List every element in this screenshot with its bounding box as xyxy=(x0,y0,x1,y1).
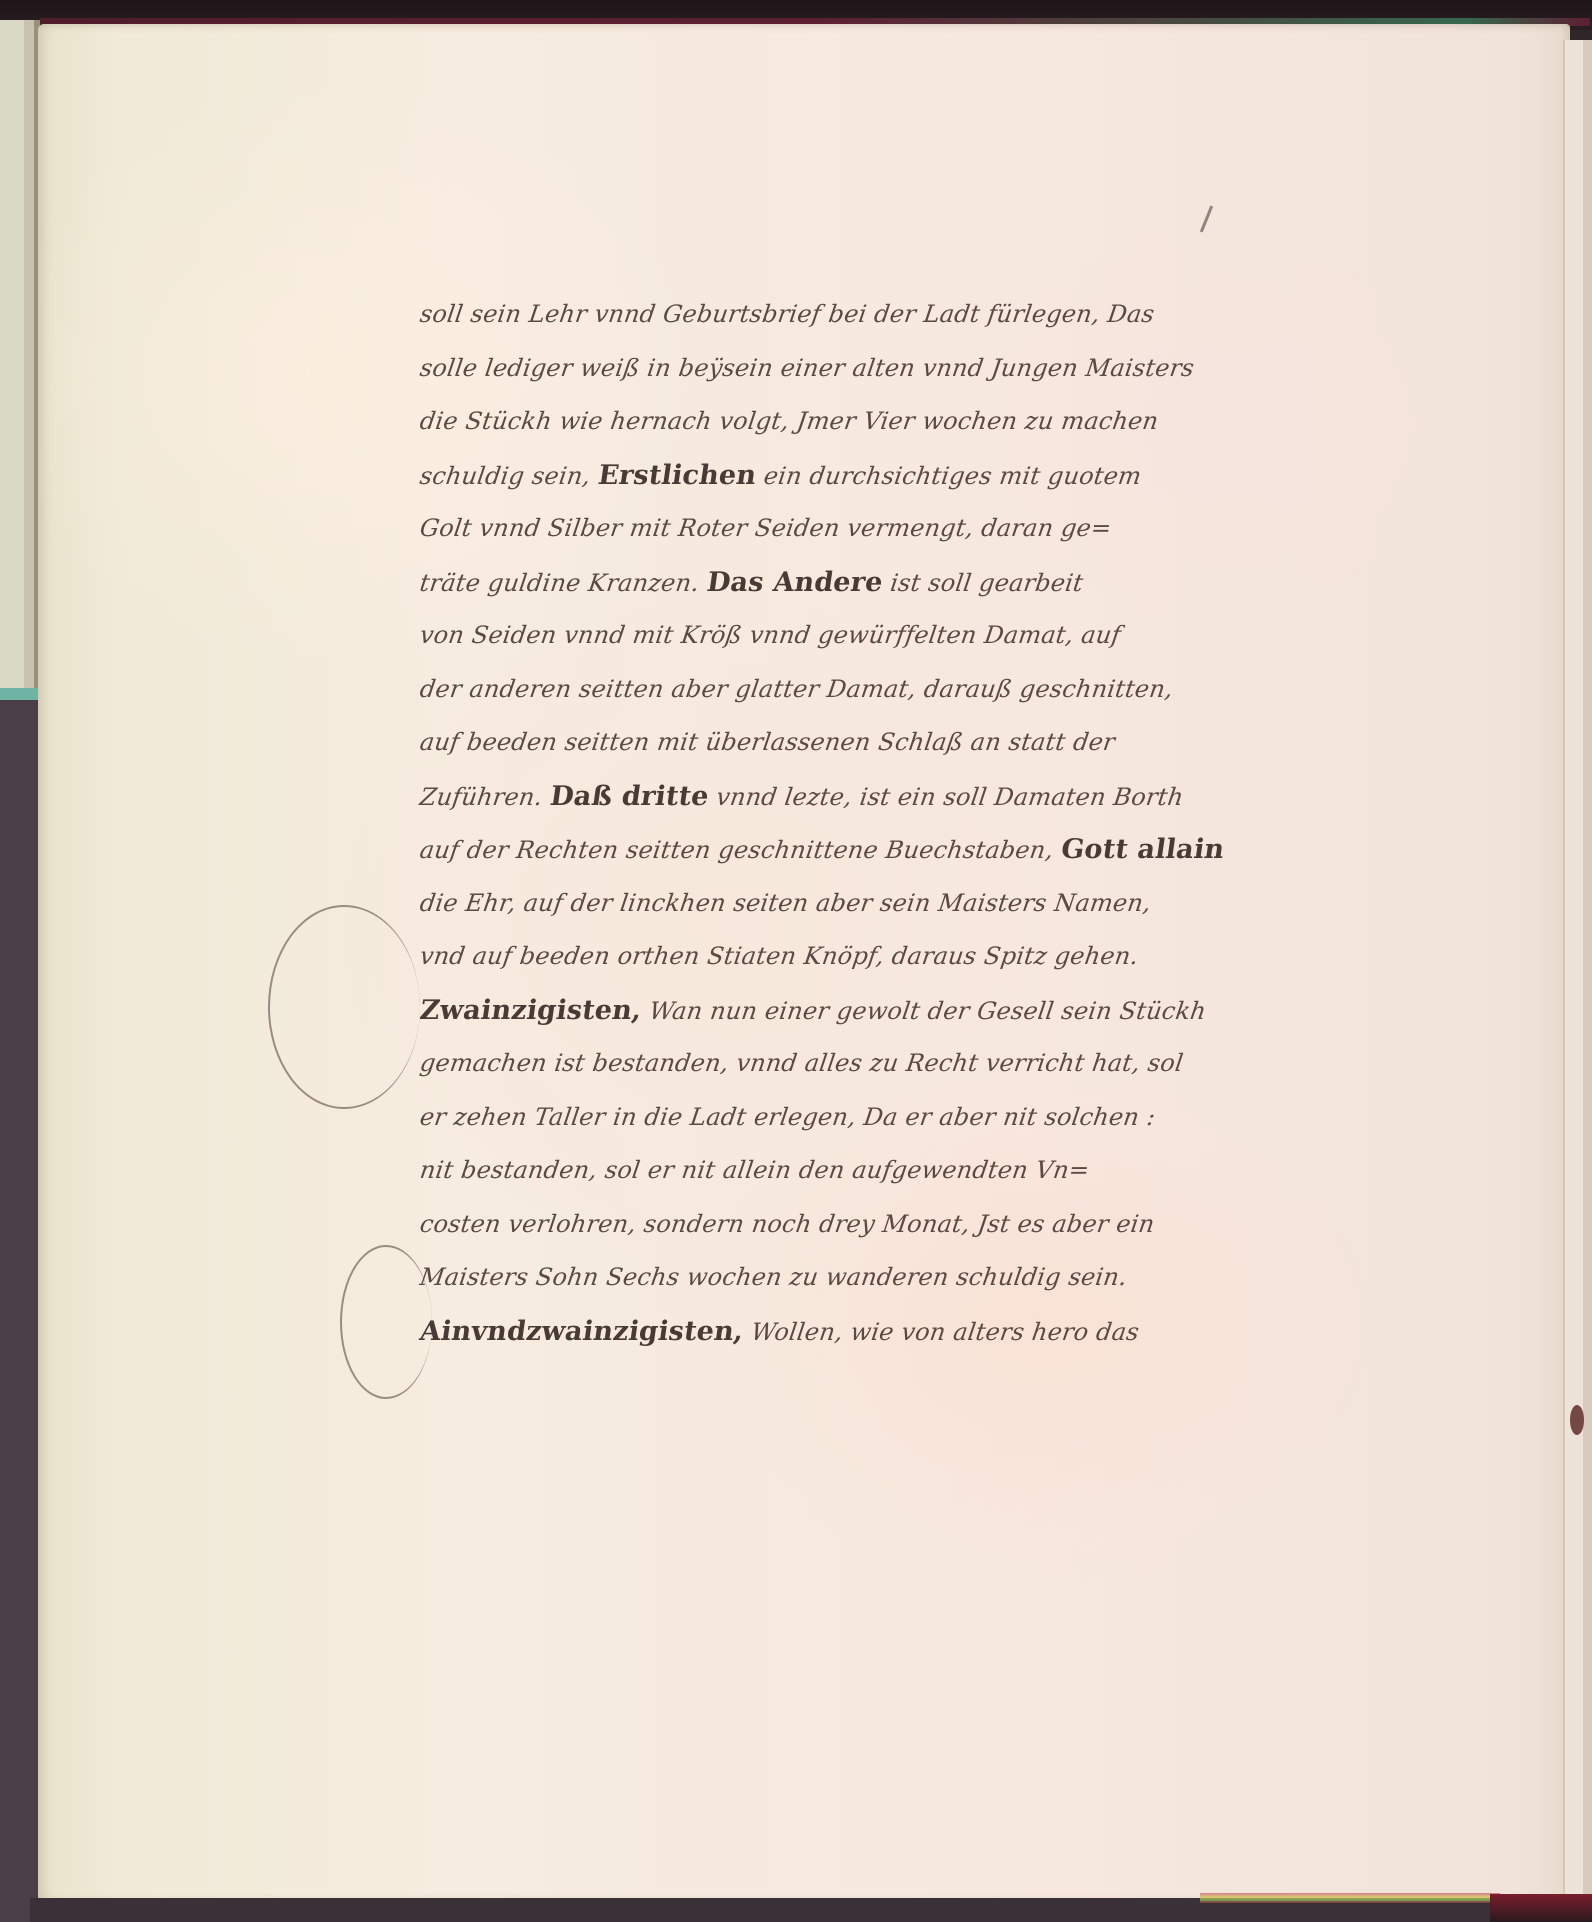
line-text: vnd auf beeden orthen Stiaten Knöpf, dar… xyxy=(418,942,1140,970)
line-text: nit bestanden, sol er nit allein den auf… xyxy=(418,1156,1091,1184)
line-text: Zuführen. xyxy=(418,783,544,811)
line-text: er zehen Taller in die Ladt erlegen, Da … xyxy=(418,1103,1157,1131)
text-line: Zwainzigisten, Wan nun einer gewolt der … xyxy=(416,984,1354,1038)
text-line: Golt vnnd Silber mit Roter Seiden vermen… xyxy=(416,502,1354,556)
line-text: soll sein Lehr vnnd Geburtsbrief bei der… xyxy=(418,300,1156,328)
book-cover-left xyxy=(0,700,38,1922)
section-heading: Daß dritte xyxy=(548,781,711,812)
text-line: Ainvndzwainzigisten, Wollen, wie von alt… xyxy=(416,1305,1354,1359)
text-line: Zuführen. Daß dritte vnnd lezte, ist ein… xyxy=(416,770,1354,824)
handwritten-text-block: soll sein Lehr vnnd Geburtsbrief bei der… xyxy=(420,288,1350,1358)
color-fringe-bottom xyxy=(1200,1893,1500,1903)
line-text: der anderen seitten aber glatter Damat, … xyxy=(418,675,1175,703)
text-line: von Seiden vnnd mit Kröß vnnd gewürffelt… xyxy=(416,609,1354,663)
text-line: solle lediger weiß in beÿsein einer alte… xyxy=(416,342,1354,396)
line-text: Maisters Sohn Sechs wochen zu wanderen s… xyxy=(418,1263,1129,1291)
text-line: träte guldine Kranzen. Das Andere ist so… xyxy=(416,556,1354,610)
binding-corner xyxy=(1490,1894,1592,1922)
line-text: Wan nun einer gewolt der Gesell sein Stü… xyxy=(648,997,1208,1025)
line-text: schuldig sein, xyxy=(418,462,592,490)
text-line: schuldig sein, Erstlichen ein durchsicht… xyxy=(416,449,1354,503)
text-line: gemachen ist bestanden, vnnd alles zu Re… xyxy=(416,1037,1354,1091)
line-text: solle lediger weiß in beÿsein einer alte… xyxy=(418,354,1196,382)
line-text: auf der Rechten seitten geschnittene Bue… xyxy=(418,836,1055,864)
line-text: Golt vnnd Silber mit Roter Seiden vermen… xyxy=(418,514,1113,542)
line-text: costen verlohren, sondern noch drey Mona… xyxy=(418,1210,1156,1238)
page-gutter xyxy=(1563,40,1592,1902)
text-line: auf der Rechten seitten geschnittene Bue… xyxy=(416,823,1354,877)
line-text: die Ehr, auf der linckhen seiten aber se… xyxy=(418,889,1153,917)
text-line: der anderen seitten aber glatter Damat, … xyxy=(416,663,1354,717)
text-line: er zehen Taller in die Ladt erlegen, Da … xyxy=(416,1091,1354,1145)
text-line: nit bestanden, sol er nit allein den auf… xyxy=(416,1144,1354,1198)
line-text: auf beeden seitten mit überlassenen Schl… xyxy=(418,728,1117,756)
line-text: die Stückh wie hernach volgt, Jmer Vier … xyxy=(418,407,1160,435)
text-line: costen verlohren, sondern noch drey Mona… xyxy=(416,1198,1354,1252)
line-text: Wollen, wie von alters hero das xyxy=(749,1318,1140,1346)
section-heading: Das Andere xyxy=(705,567,885,598)
text-line: die Ehr, auf der linckhen seiten aber se… xyxy=(416,877,1354,931)
line-text: träte guldine Kranzen. xyxy=(418,569,701,597)
ink-stain xyxy=(1570,1405,1584,1435)
initial-flourish xyxy=(340,1245,432,1399)
text-line: Maisters Sohn Sechs wochen zu wanderen s… xyxy=(416,1251,1354,1305)
text-line: die Stückh wie hernach volgt, Jmer Vier … xyxy=(416,395,1354,449)
section-heading: Erstlichen xyxy=(596,460,758,491)
line-text: gemachen ist bestanden, vnnd alles zu Re… xyxy=(418,1049,1185,1077)
text-line: auf beeden seitten mit überlassenen Schl… xyxy=(416,716,1354,770)
line-text: ist soll gearbeit xyxy=(888,569,1085,597)
line-text: von Seiden vnnd mit Kröß vnnd gewürffelt… xyxy=(418,621,1123,649)
section-heading: Ainvndzwainzigisten, xyxy=(418,1316,746,1347)
line-text: ein durchsichtiges mit guotem xyxy=(762,462,1143,490)
emphasized-phrase: Gott allain xyxy=(1059,834,1226,865)
initial-flourish xyxy=(268,905,420,1109)
line-text: vnnd lezte, ist ein soll Damaten Borth xyxy=(714,783,1185,811)
section-heading: Zwainzigisten, xyxy=(418,995,644,1026)
text-line: soll sein Lehr vnnd Geburtsbrief bei der… xyxy=(416,288,1354,342)
text-line: vnd auf beeden orthen Stiaten Knöpf, dar… xyxy=(416,930,1354,984)
